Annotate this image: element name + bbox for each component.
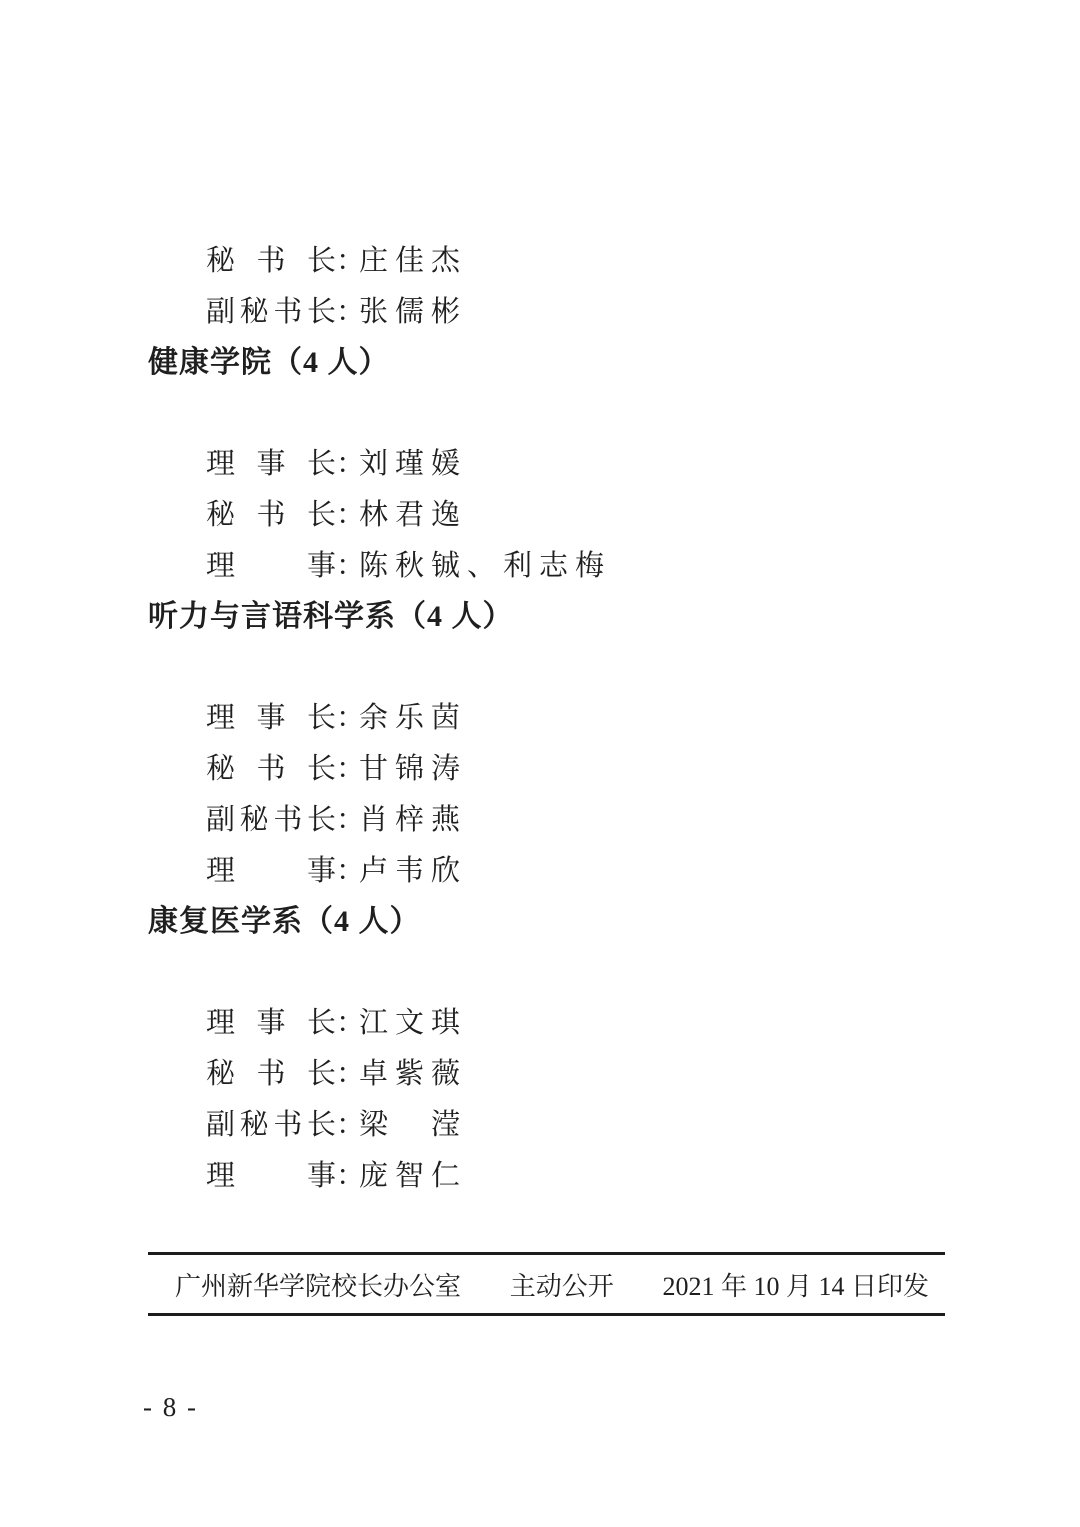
entry-name: 梁 滢 <box>359 1109 467 1141</box>
entry-role: 理 事 <box>206 1151 336 1202</box>
entry-role: 副秘书长 <box>206 1100 336 1151</box>
entry-role: 副秘书长 <box>206 287 336 338</box>
entry-colon: ： <box>336 744 358 795</box>
entry-colon: ： <box>336 287 358 338</box>
roster-entry: 理 事 长：江文琪 <box>148 947 611 998</box>
entry-name: 陈秋铖、利志梅 <box>359 550 611 582</box>
colophon-print-date: 2021 年 10 月 14 日印发 <box>662 1266 929 1303</box>
page-number: - 8 - <box>143 1392 198 1423</box>
entry-name: 余乐茵 <box>359 702 467 734</box>
roster-entry: 理 事 长：余乐茵 <box>148 642 611 693</box>
roster-entry: 秘 书 长：庄佳杰 <box>148 185 611 236</box>
entry-colon: ： <box>336 1151 358 1202</box>
entry-role: 理 事 长 <box>206 693 336 744</box>
entry-colon: ： <box>336 693 358 744</box>
entry-role: 秘 书 长 <box>206 490 336 541</box>
colophon-disclosure: 主动公开 <box>510 1266 614 1303</box>
entry-colon: ： <box>336 236 358 287</box>
entry-colon: ： <box>336 490 358 541</box>
entry-colon: ： <box>336 1049 358 1100</box>
entry-role: 秘 书 长 <box>206 744 336 795</box>
entry-role: 理 事 长 <box>206 439 336 490</box>
entry-name: 庄佳杰 <box>359 245 467 277</box>
entry-name: 江文琪 <box>359 1007 467 1039</box>
roster-section: 秘 书 长：庄佳杰 副秘书长：张儒彬 <box>148 185 611 287</box>
entry-role: 副秘书长 <box>206 795 336 846</box>
entry-name: 刘瑾媛 <box>359 448 467 480</box>
entry-role: 秘 书 长 <box>206 236 336 287</box>
entry-colon: ： <box>336 998 358 1049</box>
entry-colon: ： <box>336 795 358 846</box>
section-heading: 健康学院（4 人） <box>148 337 611 388</box>
entry-colon: ： <box>336 541 358 592</box>
roster-section: 听力与言语科学系（4 人） 理 事 长：余乐茵 秘 书 长：甘锦涛 副秘书长：肖… <box>148 591 611 846</box>
entry-name: 庞智仁 <box>359 1160 467 1192</box>
roster-entry: 理 事 长：刘瑾媛 <box>148 388 611 439</box>
entry-name: 肖梓燕 <box>359 804 467 836</box>
entry-name: 甘锦涛 <box>359 753 467 785</box>
roster-section: 康复医学系（4 人） 理 事 长：江文琪 秘 书 长：卓紫薇 副秘书长：梁 滢 … <box>148 896 611 1151</box>
roster-section: 健康学院（4 人） 理 事 长：刘瑾媛 秘 书 长：林君逸 理 事：陈秋铖、利志… <box>148 337 611 541</box>
entry-name: 卢韦欣 <box>359 855 467 887</box>
entry-colon: ： <box>336 439 358 490</box>
colophon-bar: 广州新华学院校长办公室 主动公开 2021 年 10 月 14 日印发 <box>148 1252 945 1316</box>
entry-name: 张儒彬 <box>359 296 467 328</box>
entry-colon: ： <box>336 846 358 897</box>
entry-name: 卓紫薇 <box>359 1058 467 1090</box>
roster: 秘 书 长：庄佳杰 副秘书长：张儒彬 健康学院（4 人） 理 事 长：刘瑾媛 秘… <box>148 185 611 1151</box>
entry-role: 理 事 <box>206 541 336 592</box>
entry-role: 秘 书 长 <box>206 1049 336 1100</box>
entry-name: 林君逸 <box>359 499 467 531</box>
colophon-office: 广州新华学院校长办公室 <box>175 1266 461 1303</box>
document-page: 秘 书 长：庄佳杰 副秘书长：张儒彬 健康学院（4 人） 理 事 长：刘瑾媛 秘… <box>0 0 1080 1527</box>
entry-role: 理 事 <box>206 846 336 897</box>
entry-role: 理 事 长 <box>206 998 336 1049</box>
section-heading: 听力与言语科学系（4 人） <box>148 591 611 642</box>
section-heading: 康复医学系（4 人） <box>148 896 611 947</box>
entry-colon: ： <box>336 1100 358 1151</box>
